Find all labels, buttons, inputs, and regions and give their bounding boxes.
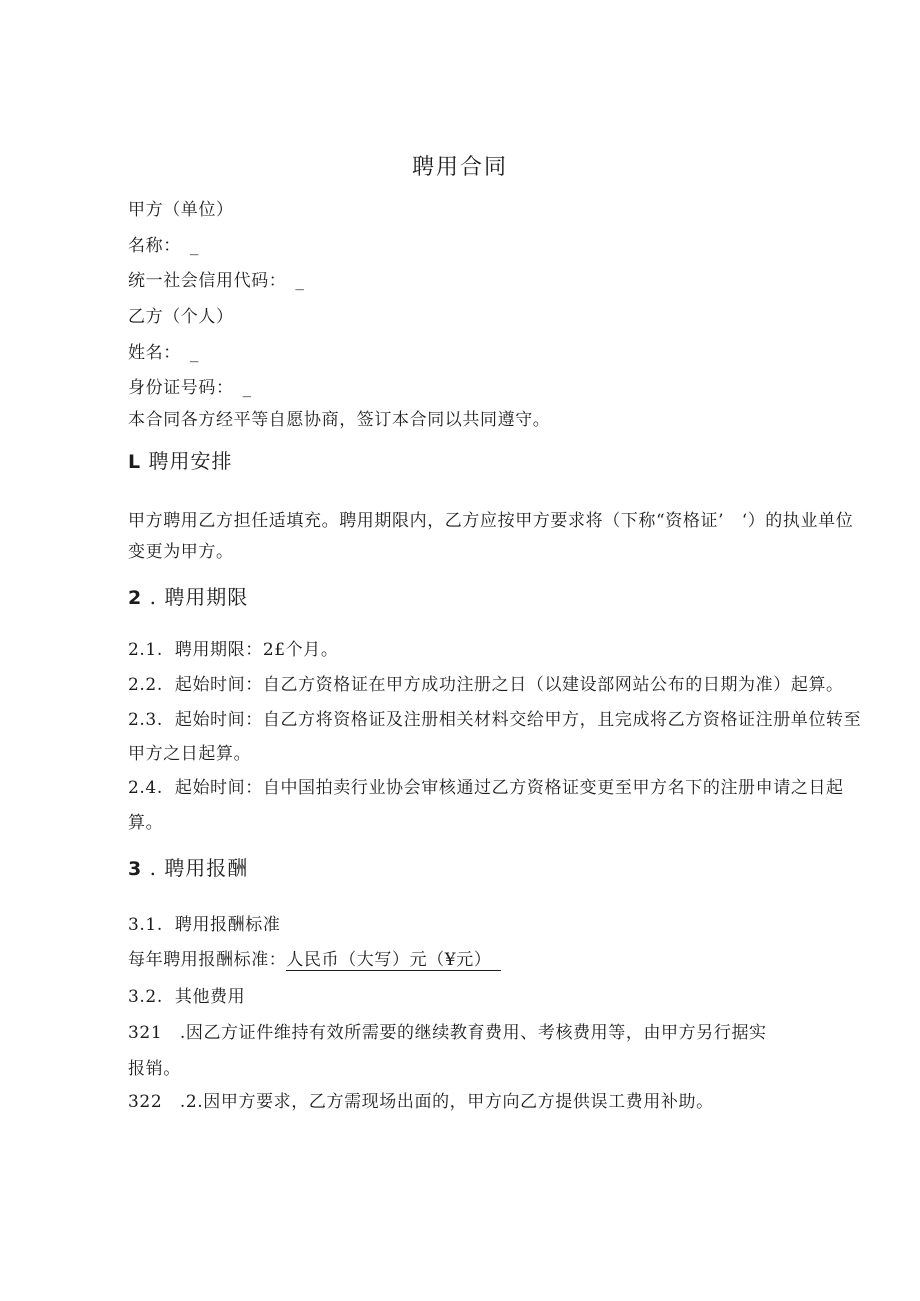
clause-3-2-2: 322 .2.因甲方要求，乙方需现场出面的，甲方向乙方提供误工费用补助。: [128, 1091, 714, 1113]
section-3-heading: 3 . 聘用报酬: [128, 856, 248, 881]
section-3-number: 3: [128, 858, 142, 880]
salary-underlined-blank: 人民币（大写）元（¥元）: [286, 950, 501, 971]
party-b-name-blank: _: [190, 342, 199, 364]
party-b-heading: 乙方（个人）: [128, 306, 234, 328]
section-2-title: 聘用期限: [164, 585, 248, 609]
party-b-name-line: 姓名：_: [128, 342, 199, 364]
party-a-name-line: 名称：_: [128, 235, 199, 257]
section-2-heading: 2 . 聘用期限: [128, 585, 248, 610]
clause-2-3-line-2: 甲方之日起算。: [128, 743, 251, 765]
salary-line: 每年聘用报酬标准：人民币（大写）元（¥元）: [128, 949, 501, 971]
party-b-id-label: 身份证号码：: [128, 378, 234, 398]
party-a-name-blank: _: [190, 235, 199, 257]
clause-3-1: 3.1. 聘用报酬标准: [128, 914, 280, 936]
clause-2-4-line-1: 2.4. 起始时间：自中国拍卖行业协会审核通过乙方资格证变更至甲方名下的注册申请…: [128, 777, 844, 799]
clause-2-3-line-1: 2.3. 起始时间：自乙方将资格证及注册相关材料交给甲方，且完成将乙方资格证注册…: [128, 709, 861, 731]
party-b-id-blank: _: [243, 377, 252, 399]
party-a-heading: 甲方（单位）: [128, 199, 234, 221]
section-1-number: L: [128, 451, 141, 473]
section-1-title: 聘用安排: [148, 449, 232, 473]
section-3-title: 聘用报酬: [164, 856, 248, 880]
section-1-paragraph-line-1: 甲方聘用乙方担任适填充。聘用期限内，乙方应按甲方要求将（下称“资格证’ ‘）的执…: [128, 510, 853, 532]
section-3-separator: .: [142, 856, 164, 880]
contract-document-page: 聘用合同 甲方（单位） 名称：_ 统一社会信用代码：_ 乙方（个人） 姓名：_ …: [0, 0, 920, 1301]
party-a-credit-code-line: 统一社会信用代码：_: [128, 270, 305, 292]
party-a-credit-code-blank: _: [295, 270, 304, 292]
clause-2-1: 2.1. 聘用期限：2£个月。: [128, 639, 338, 661]
section-1-heading: L 聘用安排: [128, 449, 232, 474]
clause-2-2: 2.2. 起始时间：自乙方资格证在甲方成功注册之日（以建设部网站公布的日期为准）…: [128, 674, 844, 696]
section-1-paragraph-line-2: 变更为甲方。: [128, 541, 234, 563]
preamble-text: 本合同各方经平等自愿协商，签订本合同以共同遵守。: [128, 409, 550, 431]
clause-3-2-1-line-2: 报销。: [128, 1058, 181, 1080]
salary-label: 每年聘用报酬标准：: [128, 950, 286, 970]
clause-3-2-1-line-1: 321 .因乙方证件维持有效所需要的继续教育费用、考核费用等，由甲方另行据实: [128, 1022, 767, 1044]
party-a-name-label: 名称：: [128, 236, 181, 256]
party-b-id-line: 身份证号码：_: [128, 377, 252, 399]
section-2-number: 2: [128, 587, 142, 609]
document-title: 聘用合同: [0, 150, 920, 181]
party-b-name-label: 姓名：: [128, 343, 181, 363]
party-a-credit-code-label: 统一社会信用代码：: [128, 271, 286, 291]
clause-3-2: 3.2. 其他费用: [128, 986, 245, 1008]
section-2-separator: .: [142, 585, 164, 609]
clause-2-4-line-2: 算。: [128, 812, 163, 834]
